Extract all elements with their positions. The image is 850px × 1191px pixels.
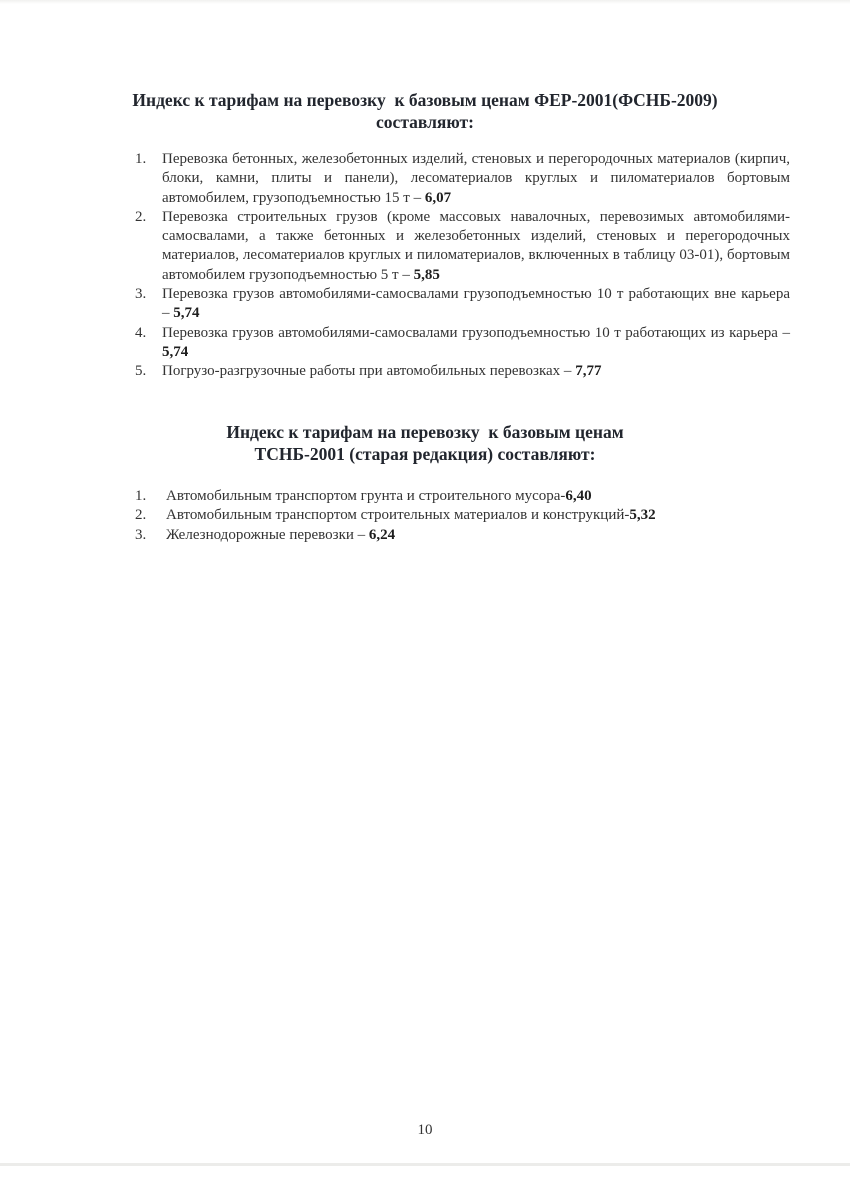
list-item: 1.Автомобильным транспортом грунта и стр…	[135, 487, 790, 506]
item-value: 6,40	[565, 488, 591, 504]
item-value: 7,77	[575, 363, 601, 379]
heading-line: ТСНБ-2001 (старая редакция) составляют:	[0, 443, 850, 465]
heading-line: составляют:	[0, 111, 850, 133]
item-number: 3.	[135, 285, 146, 304]
item-number: 5.	[135, 362, 146, 381]
page-number: 10	[0, 1122, 850, 1139]
item-value: 5,85	[414, 267, 440, 283]
list-item: 4.Перевозка грузов автомобилями-самосвал…	[135, 324, 790, 363]
item-value: 5,74	[173, 305, 199, 321]
item-value: 6,24	[369, 527, 395, 543]
section-2-heading: Индекс к тарифам на перевозку к базовым …	[0, 421, 850, 465]
item-text: Железнодорожные перевозки –	[166, 527, 369, 543]
item-value: 5,32	[629, 507, 655, 523]
list-item: 3.Перевозка грузов автомобилями-самосвал…	[135, 285, 790, 324]
list-item: 1.Перевозка бетонных, железобетонных изд…	[135, 150, 790, 208]
item-number: 2.	[135, 506, 146, 525]
heading-line: Индекс к тарифам на перевозку к базовым …	[0, 89, 850, 111]
heading-line: Индекс к тарифам на перевозку к базовым …	[0, 421, 850, 443]
item-value: 5,74	[162, 344, 188, 360]
item-number: 2.	[135, 208, 146, 227]
section-1-heading: Индекс к тарифам на перевозку к базовым …	[0, 89, 850, 133]
section-2-list: 1.Автомобильным транспортом грунта и стр…	[135, 487, 790, 545]
item-number: 4.	[135, 324, 146, 343]
scan-edge-bottom	[0, 1163, 850, 1166]
item-text: Автомобильным транспортом грунта и строи…	[166, 488, 565, 504]
item-value: 6,07	[425, 190, 451, 206]
item-number: 1.	[135, 150, 146, 169]
item-text: Перевозка грузов автомобилями-самосвалам…	[162, 325, 790, 341]
item-text: Перевозка грузов автомобилями-самосвалам…	[162, 286, 790, 321]
list-item: 3.Железнодорожные перевозки – 6,24	[135, 526, 790, 545]
scan-edge-top	[0, 0, 850, 4]
item-number: 3.	[135, 526, 146, 545]
list-item: 2.Перевозка строительных грузов (кроме м…	[135, 208, 790, 285]
list-item: 2.Автомобильным транспортом строительных…	[135, 506, 790, 525]
section-1-list: 1.Перевозка бетонных, железобетонных изд…	[135, 150, 790, 382]
item-text: Погрузо-разгрузочные работы при автомоби…	[162, 363, 575, 379]
item-text: Перевозка бетонных, железобетонных издел…	[162, 151, 790, 206]
list-item: 5.Погрузо-разгрузочные работы при автомо…	[135, 362, 790, 381]
item-text: Автомобильным транспортом строительных м…	[166, 507, 629, 523]
item-text: Перевозка строительных грузов (кроме мас…	[162, 209, 790, 283]
item-number: 1.	[135, 487, 146, 506]
